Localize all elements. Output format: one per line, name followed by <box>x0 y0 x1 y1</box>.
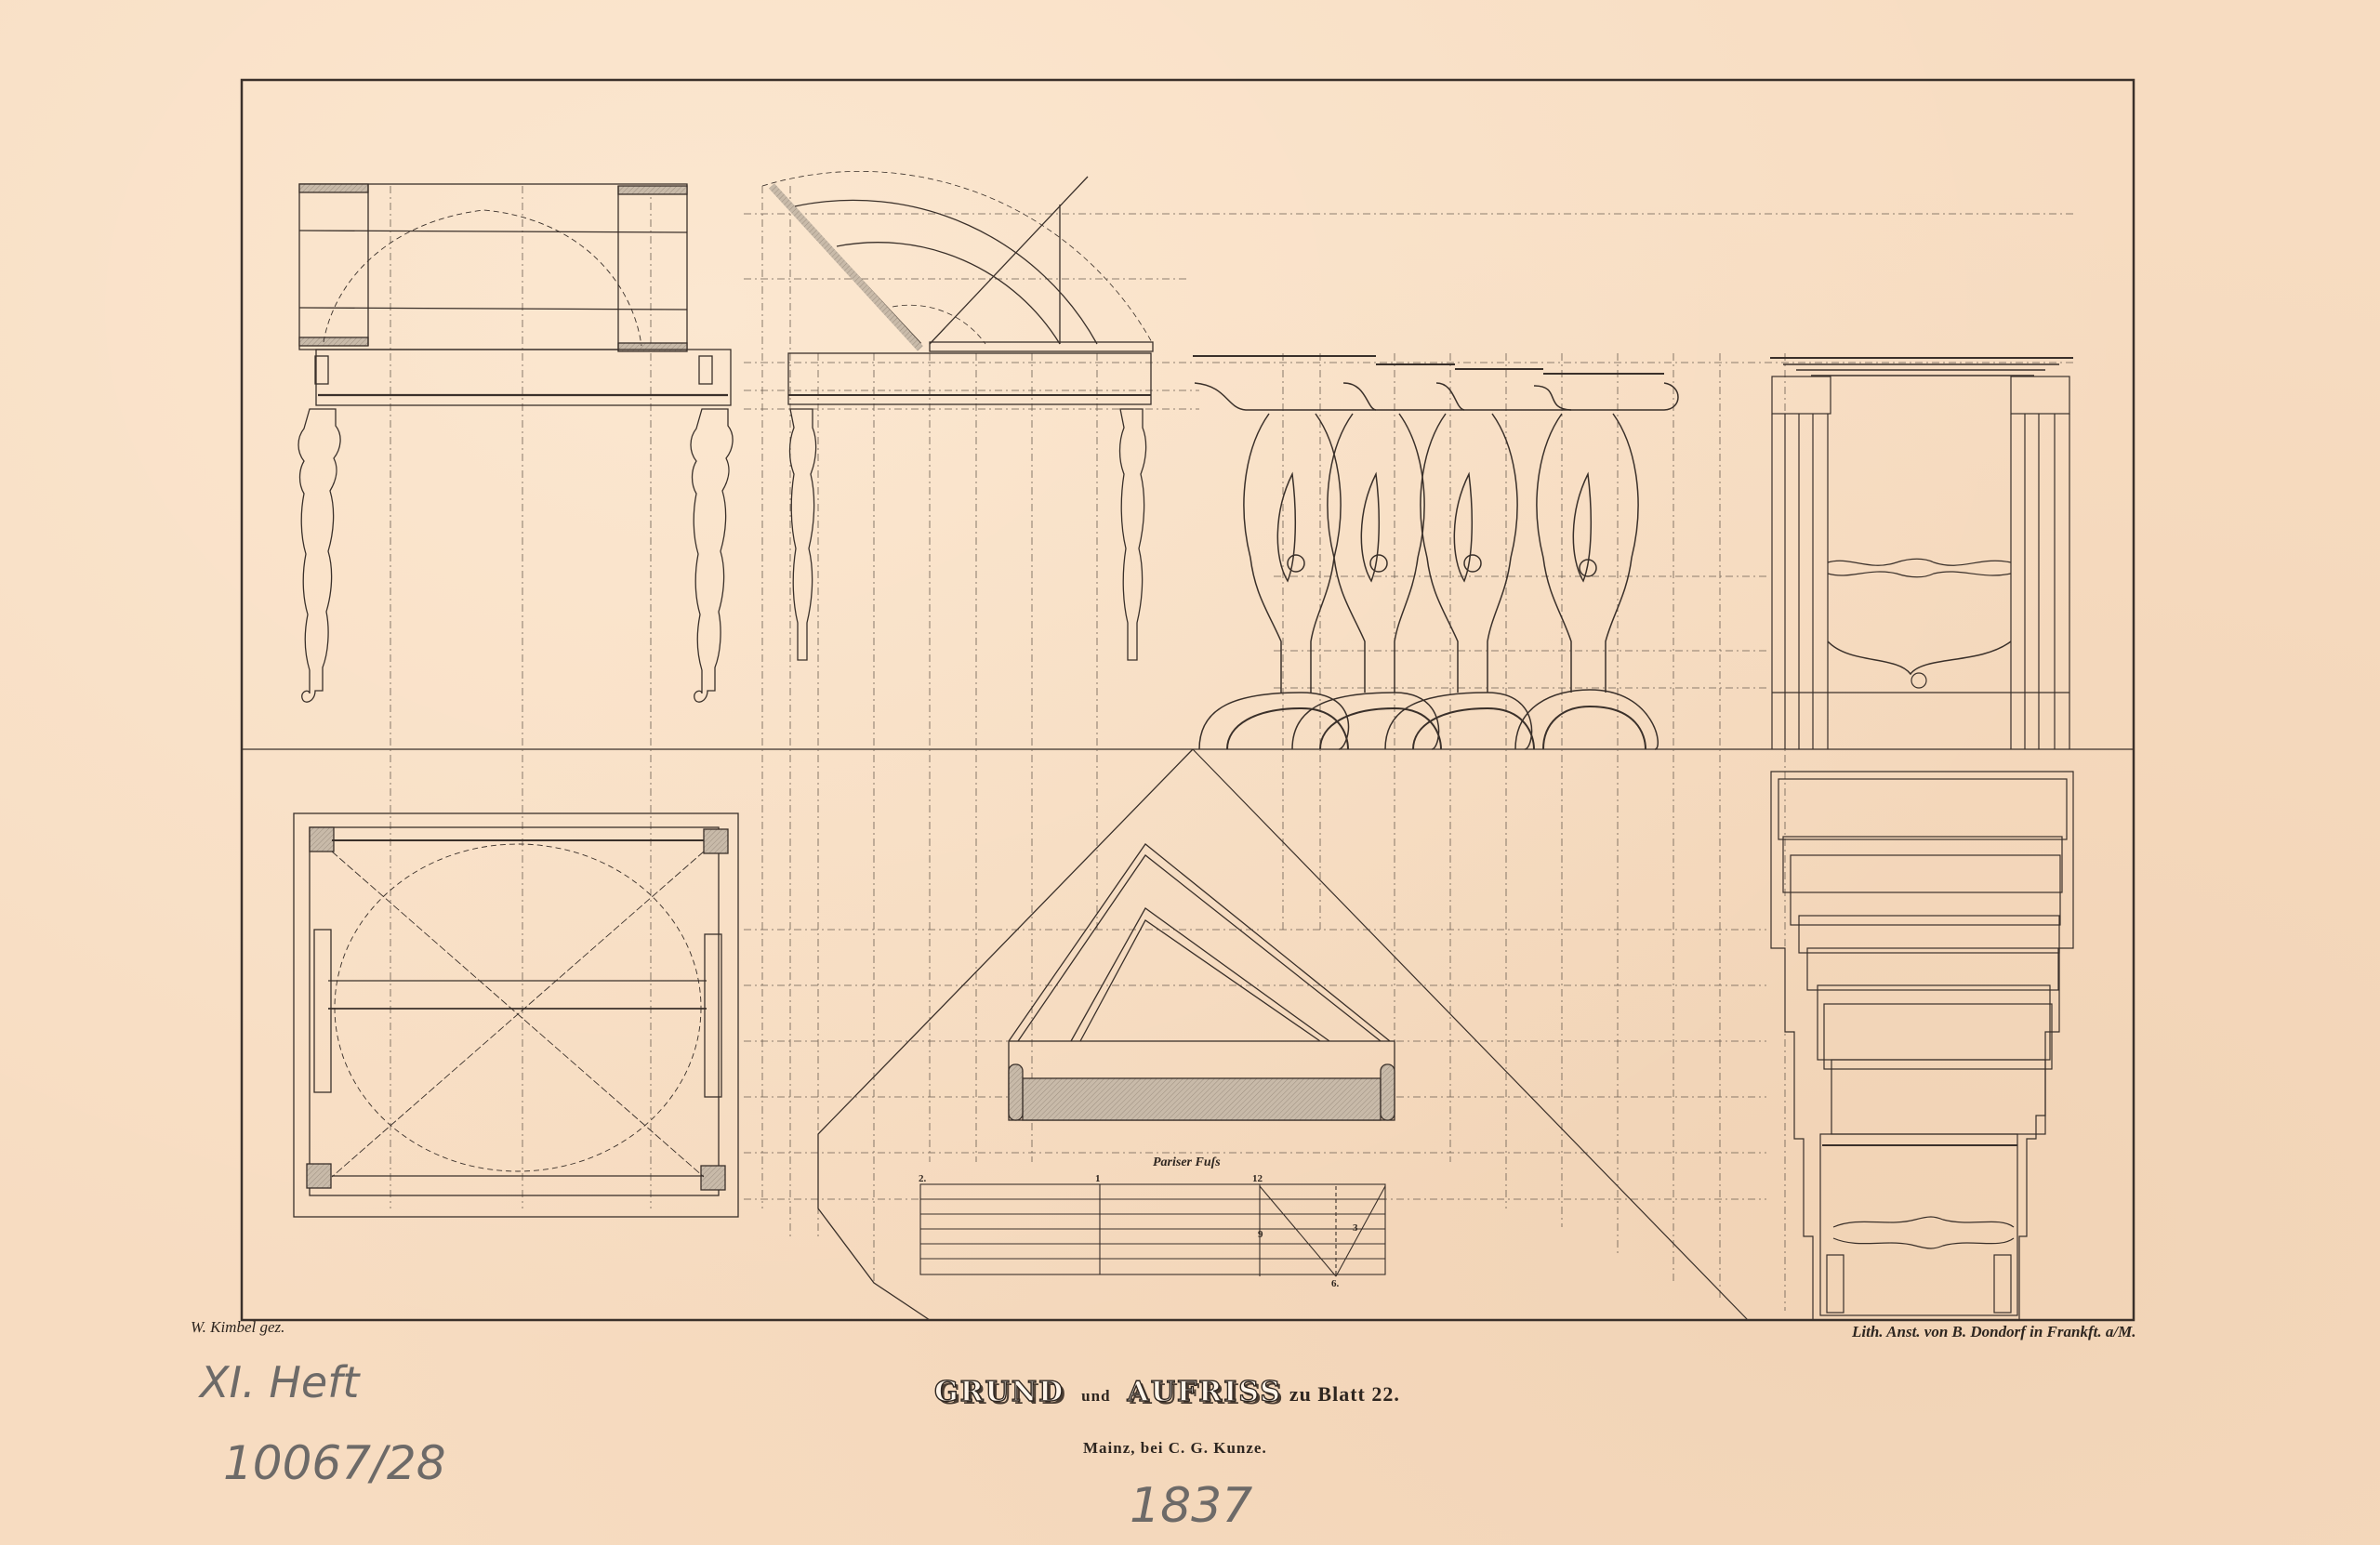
scale-label-6: 6. <box>1331 1278 1339 1289</box>
scale-label-12: 12 <box>1252 1173 1263 1184</box>
folding-table-elevation <box>298 184 733 702</box>
pencil-note-heft: XI. Heft <box>200 1357 359 1407</box>
title-connector: und <box>1081 1387 1110 1405</box>
title-suffix: zu Blatt 22. <box>1289 1382 1400 1406</box>
scale-label-2: 2. <box>919 1173 926 1184</box>
plate-title: GRUND und AUFRISS zu Blatt 22. <box>934 1376 1400 1408</box>
nested-tables-stacked-plan <box>1771 772 2073 1320</box>
draughtsman-credit: W. Kimbel gez. <box>191 1318 284 1337</box>
title-word-aufriss: AUFRISS <box>1128 1376 1282 1408</box>
scale-label-9: 9 <box>1258 1229 1263 1240</box>
lithographer-credit: Lith. Anst. von B. Dondorf in Frankft. a… <box>1852 1323 2135 1341</box>
table-plan-view <box>294 813 738 1217</box>
title-word-grund: GRUND <box>934 1376 1064 1408</box>
scale-title: Pariser Fuſs <box>1153 1155 1221 1170</box>
scale-label-1: 1 <box>1095 1173 1101 1184</box>
lyre-base-tables-elevation <box>1193 356 1678 749</box>
stacked-tables-side-elevation <box>1770 358 2073 749</box>
pencil-note-inventory: 10067/28 <box>223 1436 446 1490</box>
scale-label-3: 3 <box>1353 1222 1358 1234</box>
triangular-table-plan <box>818 749 1748 1320</box>
scale-bar <box>920 1184 1385 1276</box>
technical-drawing <box>0 0 2380 1545</box>
folding-top-quarter-circle <box>762 171 1153 660</box>
pencil-note-year: 1837 <box>1130 1478 1252 1534</box>
publisher-line: Mainz, bei C. G. Kunze. <box>1083 1439 1267 1458</box>
